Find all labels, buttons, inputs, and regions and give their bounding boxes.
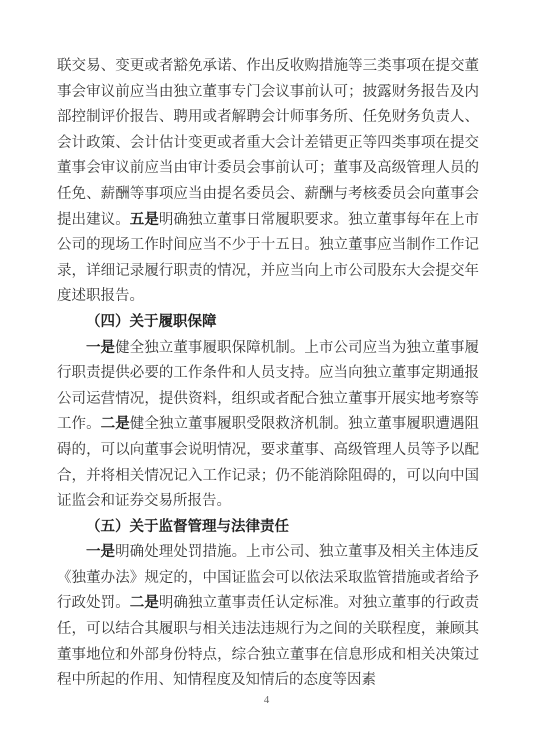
paragraph-continued: 联交易、变更或者豁免承诺、作出反收购措施等三类事项在提交董事会审议前应当由独立董… bbox=[57, 54, 479, 310]
emphasis-run-yishi: 一是 bbox=[86, 544, 115, 560]
page-number: 4 bbox=[0, 693, 533, 707]
section-heading-4-performance-safeguards: （四）关于履职保障 bbox=[57, 310, 479, 336]
document-page: 联交易、变更或者豁免承诺、作出反收购措施等三类事项在提交董事会审议前应当由独立董… bbox=[0, 0, 533, 752]
body-text-run: 联交易、变更或者豁免承诺、作出反收购措施等三类事项在提交董事会审议前应当由独立董… bbox=[57, 58, 479, 228]
section-heading-5-supervision-legal-liability: （五）关于监督管理与法律责任 bbox=[57, 515, 479, 541]
emphasis-run-yishi: 一是 bbox=[86, 340, 115, 356]
emphasis-run-ershi: 二是 bbox=[130, 595, 159, 611]
page-body: 联交易、变更或者豁免承诺、作出反收购措施等三类事项在提交董事会审议前应当由独立董… bbox=[57, 54, 479, 694]
emphasis-run-ershi: 二是 bbox=[101, 416, 130, 432]
paragraph-safeguards: 一是健全独立董事履职保障机制。上市公司应当为独立董事履行职责提供必要的工作条件和… bbox=[57, 336, 479, 515]
paragraph-supervision: 一是明确处理处罚措施。上市公司、独立董事及相关主体违反《独董办法》规定的，中国证… bbox=[57, 540, 479, 694]
emphasis-run-wushi: 五是 bbox=[130, 212, 159, 228]
